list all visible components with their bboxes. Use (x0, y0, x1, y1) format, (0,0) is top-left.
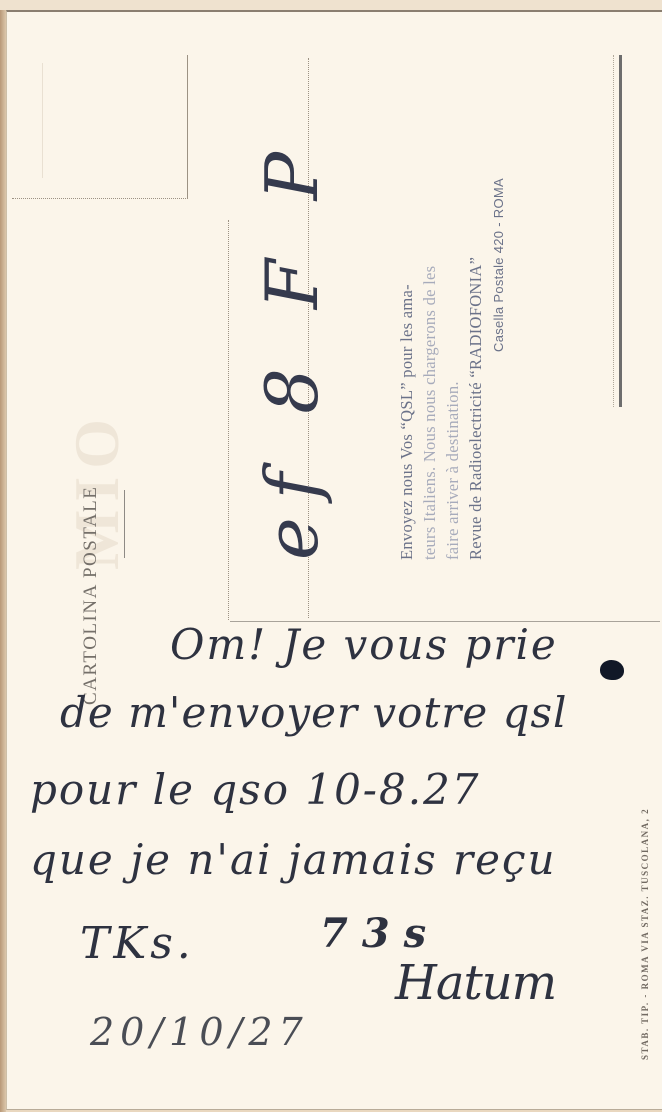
stamp-line: teurs Italiens. Nous nous chargerons de … (418, 60, 441, 560)
regards-73: 73s (320, 910, 440, 957)
callsign-text: ef 8 F P (250, 80, 334, 560)
address-rule (619, 55, 622, 407)
stamp-line: Revue de Radioelectricité “RADIOFONIA” (464, 60, 487, 560)
dotted-guide (613, 55, 614, 407)
radiofonia-rubber-stamp: Envoyez nous Vos “QSL” pour les ama- teu… (395, 60, 545, 560)
message-line: Om! Je vous prie (170, 620, 558, 669)
message-line: pour le qso 10-8.27 (30, 765, 481, 814)
scan-top-edge (0, 0, 662, 10)
dotted-guide (187, 55, 188, 198)
closing-thanks: TKs. (80, 918, 195, 969)
title-rule (124, 490, 125, 558)
printer-imprint: STAB. TIP. - ROMA VIA STAZ. TUSCOLANA, 2 (638, 670, 658, 1060)
stamp-placement-box (12, 55, 188, 199)
printed-title: CARTOLINA POSTALE (70, 385, 110, 705)
message-line: que je n'ai jamais reçu (30, 835, 557, 884)
dotted-guide (228, 220, 229, 620)
stamp-line: Envoyez nous Vos “QSL” pour les ama- (395, 60, 418, 560)
cartolina-postale-text: CARTOLINA POSTALE (80, 385, 102, 705)
ink-blot (600, 660, 624, 680)
signature: Hatum (395, 955, 556, 1011)
stamp-box-guide (42, 63, 43, 178)
handwritten-callsign: ef 8 F P (230, 90, 350, 570)
stamp-line: faire arriver à destination. (441, 60, 464, 560)
message-line: de m'envoyer votre qsl (60, 688, 567, 737)
stamp-line: Casella Postale 420 - ROMA (487, 60, 510, 560)
printer-imprint-text: STAB. TIP. - ROMA VIA STAZ. TUSCOLANA, 2 (640, 670, 650, 1060)
handwritten-date: 20/10/27 (90, 1010, 309, 1054)
